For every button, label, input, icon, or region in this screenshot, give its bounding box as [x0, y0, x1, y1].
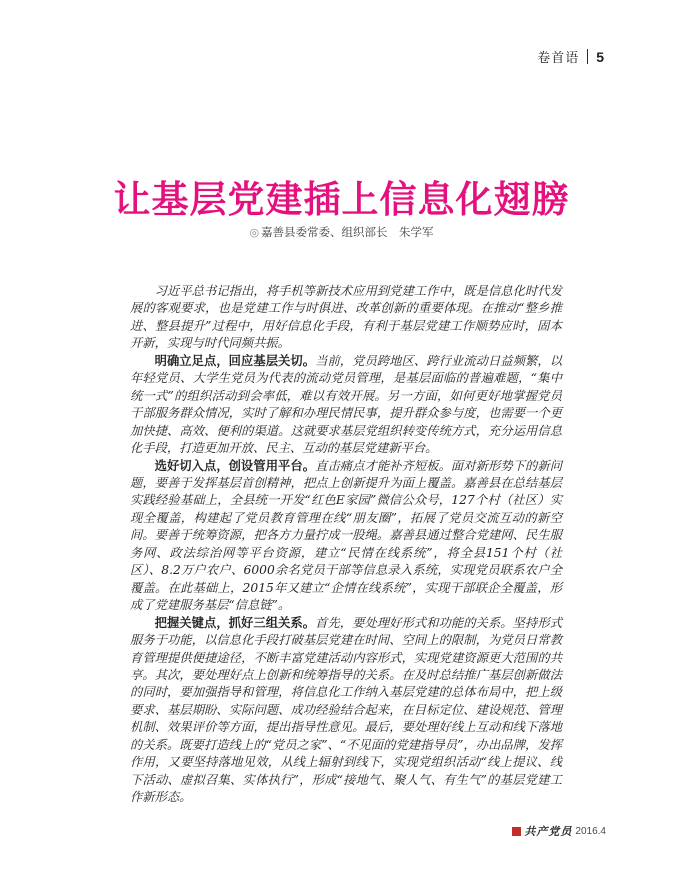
journal-footer: 共产党员 2016.4 [512, 823, 606, 839]
paragraph-text: 习近平总书记指出，将手机等新技术应用到党建工作中，既是信息化时代发展的客观要求，… [130, 284, 562, 350]
byline: ◎嘉善县委常委、组织部长 朱学军 [0, 224, 683, 240]
paragraph-lead: 把握关键点，抓好三组关系。 [155, 616, 316, 630]
journal-seal-icon [512, 827, 521, 836]
article-title: 让基层党建插上信息化翅膀 [0, 169, 683, 223]
header-divider [587, 49, 588, 64]
paragraph-text: 直击痛点才能补齐短板。面对新形势下的新问题，要善于发挥基层首创精神，把点上创新提… [130, 459, 562, 613]
paragraph-text: 首先，要处理好形式和功能的关系。坚持形式服务于功能，以信息化手段打破基层党建在时… [130, 616, 562, 805]
paragraph: 选好切入点，创设管用平台。直击痛点才能补齐短板。面对新形势下的新问题，要善于发挥… [130, 458, 562, 615]
page-number: 5 [596, 49, 604, 65]
article-body: 习近平总书记指出，将手机等新技术应用到党建工作中，既是信息化时代发展的客观要求，… [130, 283, 562, 807]
section-label: 卷首语 [537, 47, 579, 66]
byline-text: 嘉善县委常委、组织部长 朱学军 [261, 227, 434, 239]
paragraph-text: 当前，党员跨地区、跨行业流动日益频繁，以年轻党员、大学生党员为代表的流动党员管理… [130, 354, 562, 455]
paragraph-lead: 选好切入点，创设管用平台。 [155, 459, 316, 473]
paragraph-lead: 明确立足点，回应基层关切。 [155, 354, 316, 368]
journal-issue: 2016.4 [575, 826, 606, 837]
paragraph: 明确立足点，回应基层关切。当前，党员跨地区、跨行业流动日益频繁，以年轻党员、大学… [130, 353, 562, 458]
magazine-page: 卷首语 5 让基层党建插上信息化翅膀 ◎嘉善县委常委、组织部长 朱学军 习近平总… [0, 0, 683, 878]
journal-name: 共产党员 [524, 823, 572, 839]
paragraph: 习近平总书记指出，将手机等新技术应用到党建工作中，既是信息化时代发展的客观要求，… [130, 283, 562, 353]
paragraph: 把握关键点，抓好三组关系。首先，要处理好形式和功能的关系。坚持形式服务于功能，以… [130, 615, 562, 807]
byline-ring-icon: ◎ [249, 227, 259, 239]
running-head: 卷首语 5 [537, 47, 604, 66]
